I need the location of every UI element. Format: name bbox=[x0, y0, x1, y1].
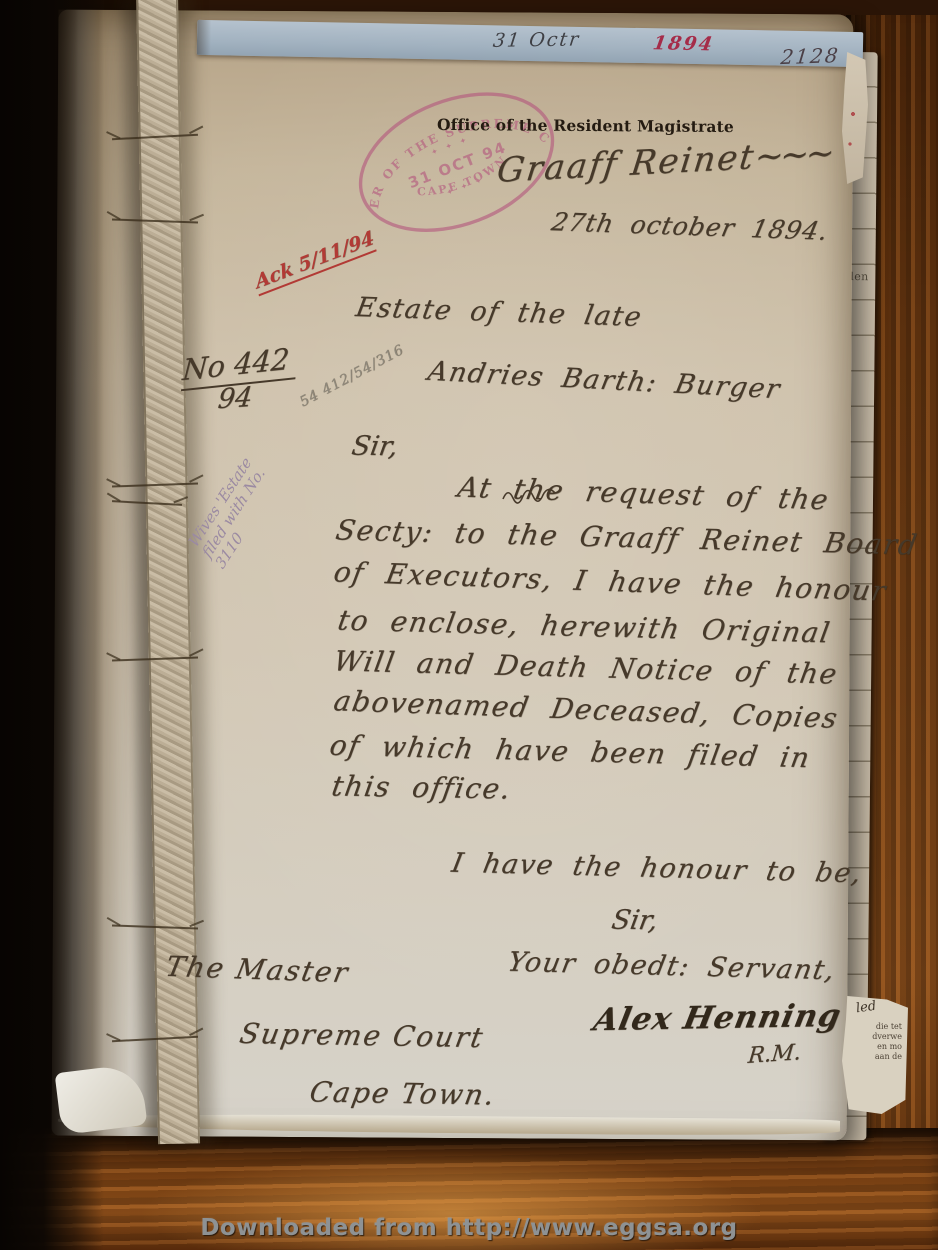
printed-dutch-fragment: die tet dverwe en mo aan de bbox=[872, 1022, 902, 1062]
archive-photo-scene: anden t b ~ e 31 Octr 1894 2128 Office o… bbox=[0, 0, 938, 1250]
closing-line-2: Sir, bbox=[609, 905, 660, 937]
salutation: Sir, bbox=[350, 431, 401, 463]
torn-printed-fragment: led die tet dverwe en mo aan de bbox=[842, 996, 908, 1114]
address-line: Cape Town. bbox=[307, 1075, 499, 1111]
ink-strikethrough-scribble bbox=[500, 484, 558, 506]
file-year: 94 bbox=[216, 382, 254, 416]
ink-fragment: led bbox=[855, 999, 877, 1017]
signature: Alex Henning bbox=[591, 998, 845, 1038]
address-line: Supreme Court bbox=[237, 1017, 487, 1054]
eggsa-watermark: Downloaded from http://www.eggsa.org bbox=[0, 1215, 938, 1241]
address-line: The Master bbox=[163, 950, 352, 989]
gutter-shadow bbox=[0, 0, 104, 1250]
body-line: this office. bbox=[329, 769, 514, 805]
pen-flourish: ~~~ bbox=[753, 133, 834, 177]
tab-date: 31 Octr bbox=[492, 28, 582, 51]
tab-year-red: 1894 bbox=[651, 32, 715, 55]
printed-letterhead: Office of the Resident Magistrate bbox=[437, 115, 734, 136]
signature-title-rm: R.M. bbox=[747, 1040, 803, 1069]
tab-number: 2128 bbox=[780, 43, 841, 67]
